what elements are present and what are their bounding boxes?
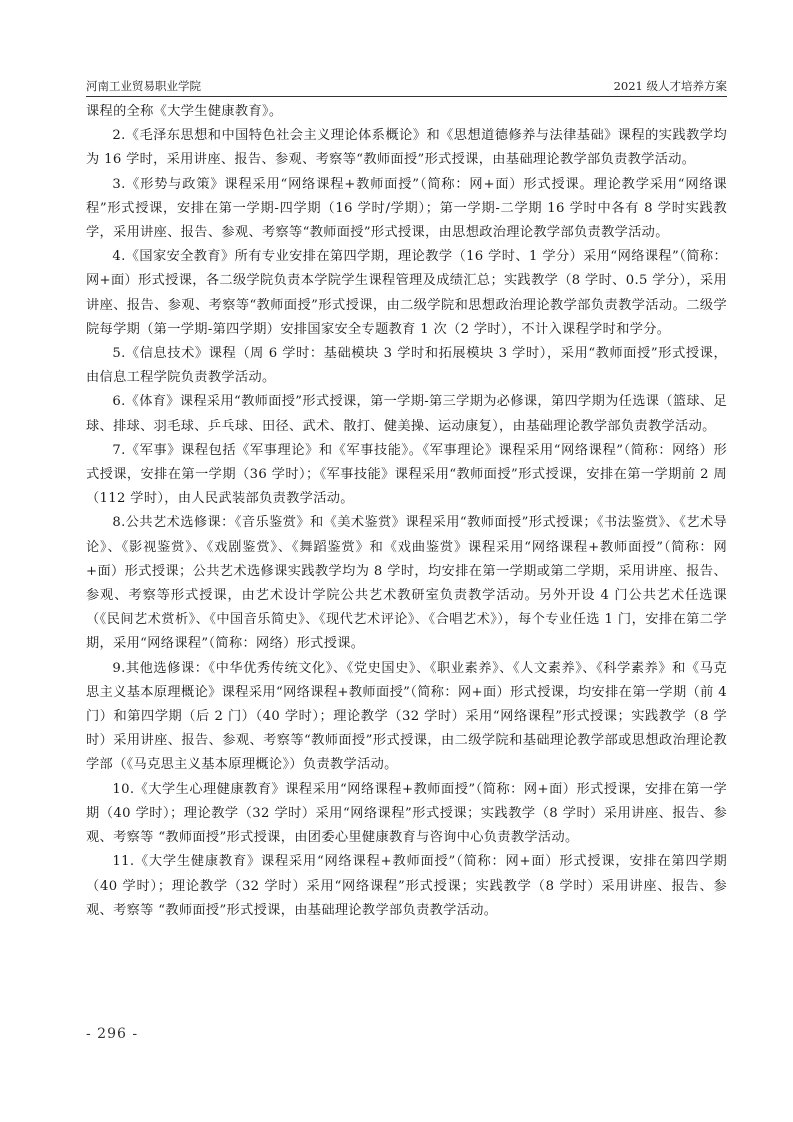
header-institution: 河南工业贸易职业学院	[86, 78, 201, 94]
header-document-title: 2021 级人才培养方案	[614, 78, 727, 94]
header-divider	[86, 96, 727, 97]
paragraph-continuation: 课程的全称《大学生健康教育》。	[86, 100, 727, 124]
paragraph-item-3: 3.《形势与政策》课程采用“网络课程+教师面授”（简称：网+面）形式授课。理论教…	[86, 173, 727, 246]
paragraph-item-7: 7.《军事》课程包括《军事理论》和《军事技能》。《军事理论》课程采用“网络课程”…	[86, 439, 727, 512]
paragraph-item-8: 8.公共艺术选修课：《音乐鉴赏》和《美术鉴赏》课程采用“教师面授”形式授课；《书…	[86, 511, 727, 656]
paragraph-item-4: 4.《国家安全教育》所有专业安排在第四学期，理论教学（16 学时、1 学分）采用…	[86, 245, 727, 342]
paragraph-item-11: 11.《大学生健康教育》课程采用“网络课程+教师面授”（简称：网+面）形式授课，…	[86, 850, 727, 923]
paragraph-item-5: 5.《信息技术》课程（周 6 学时：基础模块 3 学时和拓展模块 3 学时），采…	[86, 342, 727, 390]
paragraph-item-10: 10.《大学生心理健康教育》课程采用“网络课程+教师面授”（简称：网+面）形式授…	[86, 778, 727, 851]
page-header: 河南工业贸易职业学院 2021 级人才培养方案	[86, 78, 727, 94]
document-body: 课程的全称《大学生健康教育》。 2.《毛泽东思想和中国特色社会主义理论体系概论》…	[86, 100, 727, 923]
page-number: - 296 -	[86, 1026, 138, 1042]
paragraph-item-9: 9.其他选修课：《中华优秀传统文化》、《党史国史》、《职业素养》、《人文素养》、…	[86, 657, 727, 778]
paragraph-item-6: 6.《体育》课程采用“教师面授”形式授课，第一学期-第三学期为必修课，第四学期为…	[86, 390, 727, 438]
paragraph-item-2: 2.《毛泽东思想和中国特色社会主义理论体系概论》和《思想道德修养与法律基础》课程…	[86, 124, 727, 172]
